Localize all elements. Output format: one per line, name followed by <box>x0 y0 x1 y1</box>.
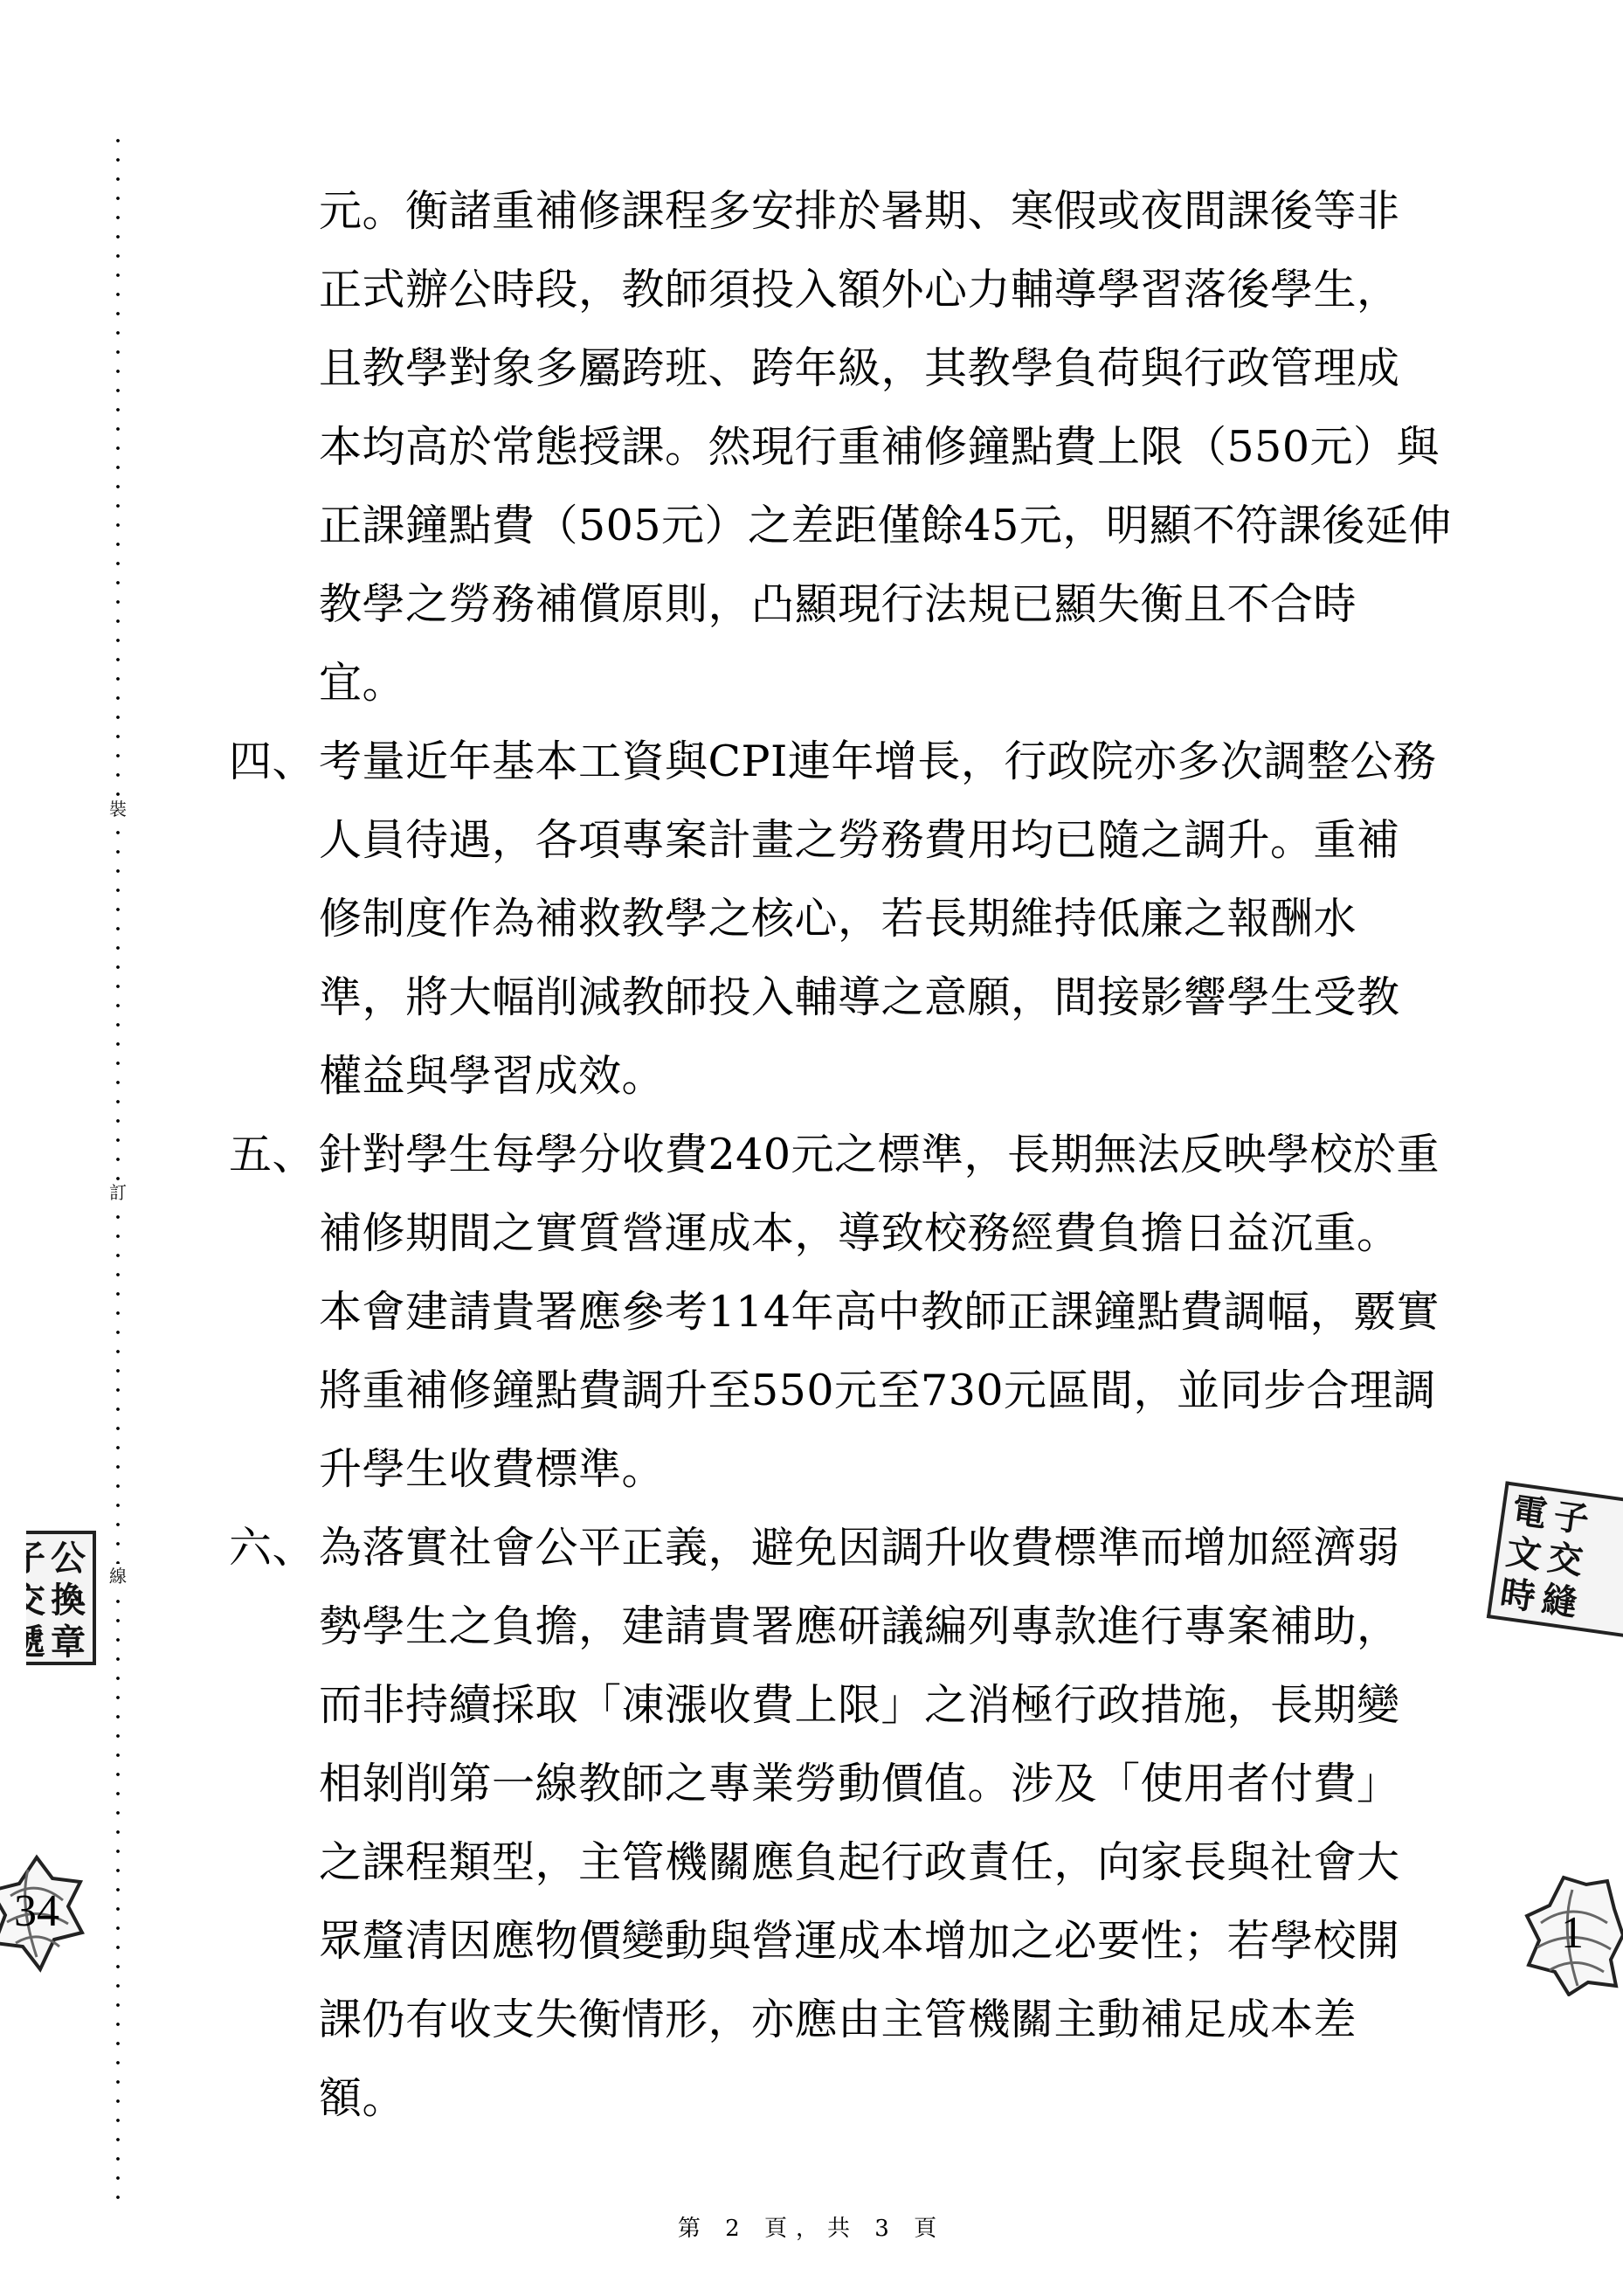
line-text: 考量近年基本工資與CPI連年增長，行政院亦多次調整公務 <box>319 737 1436 786</box>
paragraph-line: 補修期間之實質營運成本，導致校務經費負擔日益沉重。 <box>319 1207 1400 1260</box>
e-document-exchange-stamp-right: 電 文 時 子 交 縫 <box>1487 1481 1623 1637</box>
paragraph-line: 且教學對象多屬跨班、跨年級，其教學負荷與行政管理成 <box>319 342 1400 395</box>
binding-dotted-line <box>105 131 131 2210</box>
line-text: 勢學生之負擔，建請貴署應研議編列專款進行專案補助， <box>319 1601 1400 1651</box>
line-text: 元。衡諸重補修課程多安排於暑期、寒假或夜間課後等非 <box>319 186 1400 236</box>
paragraph-line: 將重補修鐘點費調升至550元至730元區間，並同步合理調 <box>319 1365 1436 1417</box>
document-page: 裝 訂 線 元。衡諸重補修課程多安排於暑期、寒假或夜間課後等非正式辦公時段，教師… <box>0 0 1623 2296</box>
line-text: 權益與學習成效。 <box>319 1051 665 1101</box>
line-text: 額。 <box>319 2073 405 2123</box>
line-text: 宜。 <box>319 658 405 708</box>
line-text: 人員待遇，各項專案計畫之勞務費用均已隨之調升。重補 <box>319 815 1400 865</box>
item-number: 五、 <box>229 1129 319 1181</box>
paragraph-line: 準，將大幅削減教師投入輔導之意願，間接影響學生受教 <box>319 972 1400 1024</box>
line-text: 相剝削第一線教師之專業勞動價值。涉及「使用者付費」 <box>319 1759 1400 1808</box>
page-number-footer: 第 2 頁，共 3 頁 <box>0 2210 1623 2243</box>
paragraph-line: 升學生收費標準。 <box>319 1443 665 1496</box>
line-text: 補修期間之實質營運成本，導致校務經費負擔日益沉重。 <box>319 1208 1400 1258</box>
line-text: 本均高於常態授課。然現行重補修鐘點費上限（550元）與 <box>319 422 1440 472</box>
paragraph-line: 勢學生之負擔，建請貴署應研議編列專款進行專案補助， <box>319 1601 1400 1653</box>
paragraph-line: 教學之勞務補償原則，凸顯現行法規已顯失衡且不合時 <box>319 578 1357 631</box>
line-text: 為落實社會公平正義，避免因調升收費標準而增加經濟弱 <box>319 1523 1400 1573</box>
paragraph-line: 課仍有收支失衡情形，亦應由主管機關主動補足成本差 <box>319 1994 1357 2046</box>
stamp-left-col1: 子 交 遞 <box>26 1538 45 1663</box>
numbered-paragraph-line: 四、考量近年基本工資與CPI連年增長，行政院亦多次調整公務 <box>229 736 1436 788</box>
paragraph-line: 額。 <box>319 2072 405 2125</box>
line-text: 教學之勞務補償原則，凸顯現行法規已顯失衡且不合時 <box>319 579 1357 629</box>
binding-mark-staple: 訂 <box>107 1180 129 1205</box>
paragraph-line: 本均高於常態授課。然現行重補修鐘點費上限（550元）與 <box>319 421 1440 474</box>
numbered-paragraph-line: 六、為落實社會公平正義，避免因調升收費標準而增加經濟弱 <box>229 1522 1400 1574</box>
seal-right-number: 1 <box>1520 1907 1623 1959</box>
line-text: 修制度作為補救教學之核心，若長期維持低廉之報酬水 <box>319 894 1357 944</box>
paragraph-line: 人員待遇，各項專案計畫之勞務費用均已隨之調升。重補 <box>319 814 1400 867</box>
line-text: 課仍有收支失衡情形，亦應由主管機關主動補足成本差 <box>319 1995 1357 2044</box>
line-text: 正課鐘點費（505元）之差距僅餘45元，明顯不符課後延伸 <box>319 501 1452 550</box>
line-text: 且教學對象多屬跨班、跨年級，其教學負荷與行政管理成 <box>319 343 1400 393</box>
line-text: 針對學生每學分收費240元之標準，長期無法反映學校於重 <box>319 1130 1440 1179</box>
paragraph-line: 之課程類型，主管機關應負起行政責任，向家長與社會大 <box>319 1836 1400 1889</box>
seal-left-number: 34 <box>0 1885 89 1937</box>
line-text: 將重補修鐘點費調升至550元至730元區間，並同步合理調 <box>319 1366 1436 1415</box>
page-seal-right: 1 <box>1520 1874 1623 1996</box>
paragraph-line: 正課鐘點費（505元）之差距僅餘45元，明顯不符課後延伸 <box>319 500 1452 552</box>
numbered-paragraph-line: 五、針對學生每學分收費240元之標準，長期無法反映學校於重 <box>229 1129 1440 1181</box>
paragraph-line: 元。衡諸重補修課程多安排於暑期、寒假或夜間課後等非 <box>319 185 1400 238</box>
line-text: 之課程類型，主管機關應負起行政責任，向家長與社會大 <box>319 1837 1400 1887</box>
line-text: 而非持續採取「凍漲收費上限」之消極行政措施，長期變 <box>319 1680 1400 1730</box>
paragraph-line: 而非持續採取「凍漲收費上限」之消極行政措施，長期變 <box>319 1679 1400 1732</box>
line-text: 升學生收費標準。 <box>319 1444 665 1494</box>
paragraph-line: 本會建請貴署應參考114年高中教師正課鐘點費調幅，覈實 <box>319 1286 1440 1338</box>
stamp-right-col2: 子 交 縫 <box>1539 1496 1592 1625</box>
paragraph-line: 正式辦公時段，教師須投入額外心力輔導學習落後學生， <box>319 264 1400 316</box>
stamp-left-col2: 公 換 章 <box>51 1538 86 1663</box>
binding-margin: 裝 訂 線 <box>105 131 131 2210</box>
e-document-exchange-stamp-left: 子 交 遞 公 換 章 <box>26 1531 96 1665</box>
binding-mark-bind: 裝 <box>107 797 129 821</box>
paragraph-line: 修制度作為補救教學之核心，若長期維持低廉之報酬水 <box>319 893 1357 945</box>
item-number: 四、 <box>229 736 319 788</box>
page-seal-left: 34 <box>0 1852 89 1974</box>
paragraph-line: 宜。 <box>319 657 405 709</box>
paragraph-line: 相剝削第一線教師之專業勞動價值。涉及「使用者付費」 <box>319 1758 1400 1810</box>
binding-mark-line: 線 <box>107 1564 129 1588</box>
line-text: 眾釐清因應物價變動與營運成本增加之必要性；若學校開 <box>319 1916 1400 1966</box>
item-number: 六、 <box>229 1522 319 1574</box>
paragraph-line: 眾釐清因應物價變動與營運成本增加之必要性；若學校開 <box>319 1915 1400 1968</box>
paragraph-line: 權益與學習成效。 <box>319 1050 665 1103</box>
line-text: 準，將大幅削減教師投入輔導之意願，間接影響學生受教 <box>319 972 1400 1022</box>
line-text: 正式辦公時段，教師須投入額外心力輔導學習落後學生， <box>319 265 1400 315</box>
line-text: 本會建請貴署應參考114年高中教師正課鐘點費調幅，覈實 <box>319 1287 1440 1337</box>
